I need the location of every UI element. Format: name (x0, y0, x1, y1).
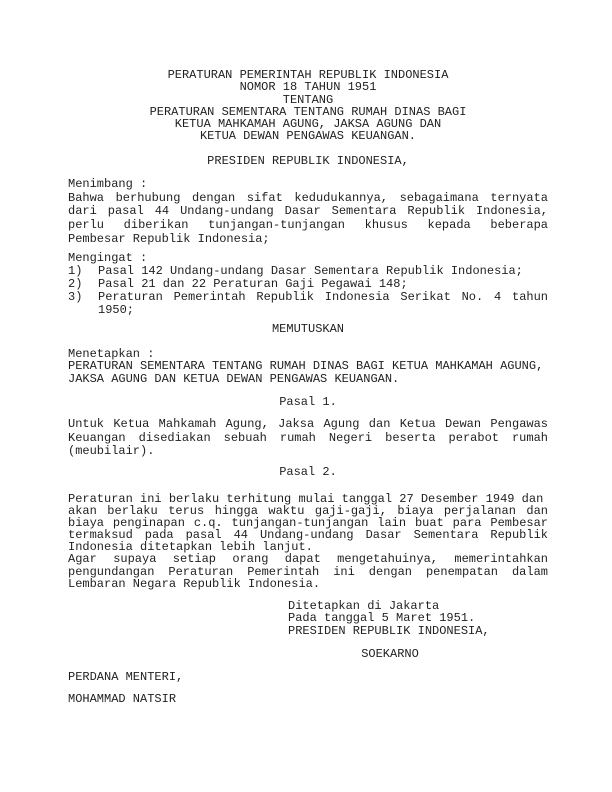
menimbang-line: Bahwa berhubung dengan sifat kedudukanny… (68, 192, 548, 206)
pasal-2-line: Agar supaya setiap orang dapat mengetahu… (68, 553, 548, 565)
presiden-heading-text: PRESIDEN REPUBLIK INDONESIA, (68, 155, 548, 169)
pasal-2-paragraph: Peraturan ini berlaku terhitung mulai ta… (68, 493, 548, 590)
memutuskan-heading-text: MEMUTUSKAN (68, 323, 548, 337)
title-line-6: KETUA DEWAN PENGAWAS KEUANGAN. (68, 130, 548, 142)
pasal-2-line: Lembaran Negara Republik Indonesia. (68, 578, 548, 590)
signature-block: Ditetapkan di Jakarta Pada tanggal 5 Mar… (288, 600, 492, 660)
menetapkan-line: PERATURAN SEMENTARA TENTANG RUMAH DINAS … (68, 360, 548, 372)
menetapkan-line: JAKSA AGUNG DAN KETUA DEWAN PENGAWAS KEU… (68, 373, 548, 385)
list-item-text: 1950; (98, 304, 548, 317)
list-item-marker: 1) (68, 265, 98, 278)
pasal-1-line: Keuangan disediakan sebuah rumah Negeri … (68, 432, 548, 446)
list-item: 1) Pasal 142 Undang-undang Dasar Sementa… (68, 265, 548, 278)
countersign-office: PERDANA MENTERI, (68, 671, 548, 685)
list-item-marker: 3) (68, 291, 98, 317)
signature-office: PRESIDEN REPUBLIK INDONESIA, (288, 625, 492, 637)
countersign-name: MOHAMMAD NATSIR (68, 693, 548, 707)
pasal-2-heading-text: Pasal 2. (68, 466, 548, 480)
pasal-1-line: (meubilair). (68, 445, 548, 459)
signature-date: Pada tanggal 5 Maret 1951. (288, 612, 492, 624)
presiden-heading: PRESIDEN REPUBLIK INDONESIA, (68, 155, 548, 169)
list-item: 2) Pasal 21 dan 22 Peraturan Gaji Pegawa… (68, 278, 548, 291)
pasal-1-heading-text: Pasal 1. (68, 396, 548, 410)
menimbang-line: dari pasal 44 Undang-undang Dasar Sement… (68, 205, 548, 219)
pasal-1-paragraph: Untuk Ketua Mahkamah Agung, Jaksa Agung … (68, 418, 548, 459)
mengingat-section: Mengingat : 1) Pasal 142 Undang-undang D… (68, 252, 548, 317)
pasal-2-line: pengundangan Peraturan Pemerintah ini de… (68, 566, 548, 578)
memutuskan-heading: MEMUTUSKAN (68, 323, 548, 337)
countersign-name-text: MOHAMMAD NATSIR (68, 693, 548, 707)
document-page: PERATURAN PEMERINTAH REPUBLIK INDONESIA … (0, 0, 612, 792)
list-item-text: Peraturan Pemerintah Republik Indonesia … (98, 291, 548, 304)
pasal-2-heading: Pasal 2. (68, 466, 548, 480)
list-item-text: Pasal 21 dan 22 Peraturan Gaji Pegawai 1… (98, 278, 548, 291)
menimbang-line: Pembesar Republik Indonesia; (68, 233, 548, 247)
title-line-2: NOMOR 18 TAHUN 1951 (68, 81, 548, 93)
menimbang-label: Menimbang : (68, 178, 548, 192)
pasal-1-line: Untuk Ketua Mahkamah Agung, Jaksa Agung … (68, 418, 548, 432)
mengingat-label: Mengingat : (68, 252, 548, 265)
document-title-block: PERATURAN PEMERINTAH REPUBLIK INDONESIA … (68, 69, 548, 143)
countersign-office-text: PERDANA MENTERI, (68, 671, 548, 685)
pasal-1-heading: Pasal 1. (68, 396, 548, 410)
menimbang-line: perlu diberikan tunjangan-tunjangan khus… (68, 219, 548, 233)
list-item-text: Pasal 142 Undang-undang Dasar Sementara … (98, 265, 548, 278)
menetapkan-section: Menetapkan : PERATURAN SEMENTARA TENTANG… (68, 348, 548, 385)
signature-name: SOEKARNO (288, 648, 492, 660)
menimbang-section: Menimbang : Bahwa berhubung dengan sifat… (68, 178, 548, 247)
list-item: 3) Peraturan Pemerintah Republik Indones… (68, 291, 548, 317)
list-item-marker: 2) (68, 278, 98, 291)
